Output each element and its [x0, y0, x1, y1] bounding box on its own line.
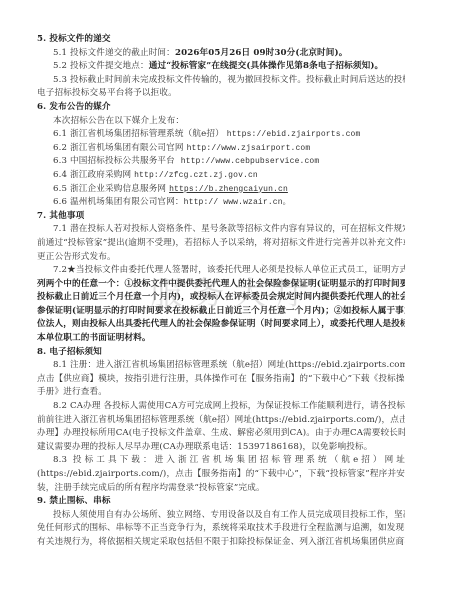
para-7-1-line: 7.1 潜在投标人若对投标人资格条件、星号条款等招标文件内容有异议的，可在招标文…: [37, 223, 405, 237]
media-item: 6.4 浙江政府采购网 http://zfcg.czt.zj.gov.cn: [37, 169, 405, 183]
media-link[interactable]: http:// www.wzair.cn。: [184, 198, 291, 207]
media-item: 6.3 中国招标投标公共服务平台 http://www.cebpubservic…: [37, 155, 405, 169]
para-7-1-line: 前通过“投标管家”提出(逾期不受理)，若招标人予以采纳，将对招标文件进行完善并以…: [37, 237, 405, 251]
para-8-3-line: 8.3 投标工具下载：进入浙江省机场集团招标管理系统（航e招）网址: [37, 454, 405, 468]
media-item: 6.5 浙江企业采购信息服务网 https://b.zhengcaiyun.cn: [37, 183, 405, 197]
para-7-2-line: 投标截止日前近三个月任意一个月内)，或投标人在评标委员会规定时间内提供委托代理人…: [37, 291, 405, 305]
section-8-heading: 8. 电子招标须知: [37, 346, 405, 360]
media-link[interactable]: http://www.cebpubservice.com: [181, 157, 320, 166]
label: 5.2 投标文件提交地点：: [53, 61, 149, 71]
media-label: 6.4 浙江政府采购网: [53, 170, 131, 180]
section-7-heading: 7. 其他事项: [37, 210, 405, 224]
location-value: 通过“投标管家”在线提交(具体操作见第8条电子招标须知)。: [149, 61, 384, 71]
media-label: 6.1 浙江省机场集团招标管理系统（航e招）: [53, 129, 224, 139]
para-9-line: 投标人须使用自有办公场所、独立网络、专用设备以及自有工作人员完成项目投标工作，坚…: [37, 509, 405, 523]
item-5-2: 5.2 投标文件提交地点：通过“投标管家”在线提交(具体操作见第8条电子招标须知…: [37, 60, 405, 74]
para-8-1-line: 点击【供应商】模块，按指引进行注册，具体操作可在【服务指南】的“下载中心”下载《…: [37, 373, 405, 387]
section-6-intro: 本次招标公告在以下媒介上发布：: [37, 115, 405, 129]
media-link[interactable]: https://b.zhengcaiyun.cn: [169, 185, 288, 194]
media-label: 6.5 浙江企业采购信息服务网: [53, 184, 166, 194]
para-8-1-line: 8.1 注册：进入浙江省机场集团招标管理系统（航e招）网址(https://eb…: [37, 359, 405, 373]
media-link[interactable]: https://ebid.zjairports.com: [227, 130, 361, 139]
para-8-3-line: (https://ebid.zjairports.com/)，点击【服务指南】的…: [37, 468, 405, 482]
section-5-heading: 5. 投标文件的递交: [37, 33, 405, 47]
media-label: 6.2 浙江省机场集团有限公司官网: [53, 143, 184, 153]
section-9-heading: 9. 禁止围标、串标: [37, 495, 405, 509]
para-9-line: 有关违规行为，将依据相关规定采取包括但不限于扣除投标保证金、列入浙江省机场集团供…: [37, 536, 405, 550]
para-9-line: 免任何形式的围标、串标等不正当竞争行为，系统将采取技术手段进行全程监测与追溯，如…: [37, 522, 405, 536]
para-8-2-line: 8.2 CA办理 各投标人需使用CA方可完成网上投标，为保证投标工作能顺利进行，…: [37, 400, 405, 414]
deadline-value: 2026年05月26日 09时30分(北京时间)。: [175, 48, 348, 58]
item-5-1: 5.1 投标文件递交的截止时间：2026年05月26日 09时30分(北京时间)…: [37, 47, 405, 61]
para-8-3-line: 装，注册手续完成后的所有程序均需登录“投标管家”完成。: [37, 482, 405, 496]
media-label: 6.6 温州机场集团有限公司官网：: [53, 197, 184, 207]
para-7-2-line: 7.2★当投标文件由委托代理人签署时，该委托代理人必须是投标人单位正式员工，证明…: [37, 264, 405, 278]
media-link[interactable]: http://www.zjsairport.com: [187, 144, 311, 153]
media-label: 6.3 中国招标投标公共服务平台: [53, 156, 175, 166]
document-page: 5. 投标文件的递交 5.1 投标文件递交的截止时间：2026年05月26日 0…: [37, 33, 405, 550]
para-7-2-line: 列两个中的任意一个：①投标文件中提供委托代理人的社会保险参保证明(证明显示的打印…: [37, 278, 405, 292]
para-7-1-line: 更正公告形式发布。: [37, 251, 405, 265]
section-6-heading: 6. 发布公告的媒介: [37, 101, 405, 115]
media-link[interactable]: http://zfcg.czt.zj.gov.cn: [134, 171, 258, 180]
item-5-3-cont: 电子招标投标交易平台将予以拒收。: [37, 87, 405, 101]
para-7-2-line: 本单位职工的书面证明材料。: [37, 332, 405, 346]
media-item: 6.6 温州机场集团有限公司官网：http:// www.wzair.cn。: [37, 196, 405, 210]
para-8-2-line: 建议需要办理的投标人尽早办理(CA办理联系电话：15397186168)，以免影…: [37, 441, 405, 455]
item-5-3: 5.3 投标截止时间前未完成投标文件传输的，视为撤回投标文件。投标截止时间后送达…: [37, 74, 405, 88]
para-8-2-line: 办理】办理投标所用CA(电子投标文件盖章、生成、解密必须用到CA)。由于办理CA…: [37, 427, 405, 441]
para-7-2-line: 参保证明(证明显示的打印时间要求在投标截止日前近三个月任意一个月内)；②如投标人…: [37, 305, 405, 319]
media-item: 6.2 浙江省机场集团有限公司官网 http://www.zjsairport.…: [37, 142, 405, 156]
para-7-2-line: 位法人，则由投标人出具委托代理人的社会保险参保证明（时间要求同上），或委托代理人…: [37, 318, 405, 332]
para-8-1-line: 手册》进行查看。: [37, 386, 405, 400]
media-item: 6.1 浙江省机场集团招标管理系统（航e招） https://ebid.zjai…: [37, 128, 405, 142]
para-8-2-line: 前前往进入浙江省机场集团招标管理系统（航e招）网址(https://ebid.z…: [37, 414, 405, 428]
label: 5.1 投标文件递交的截止时间：: [53, 48, 175, 58]
